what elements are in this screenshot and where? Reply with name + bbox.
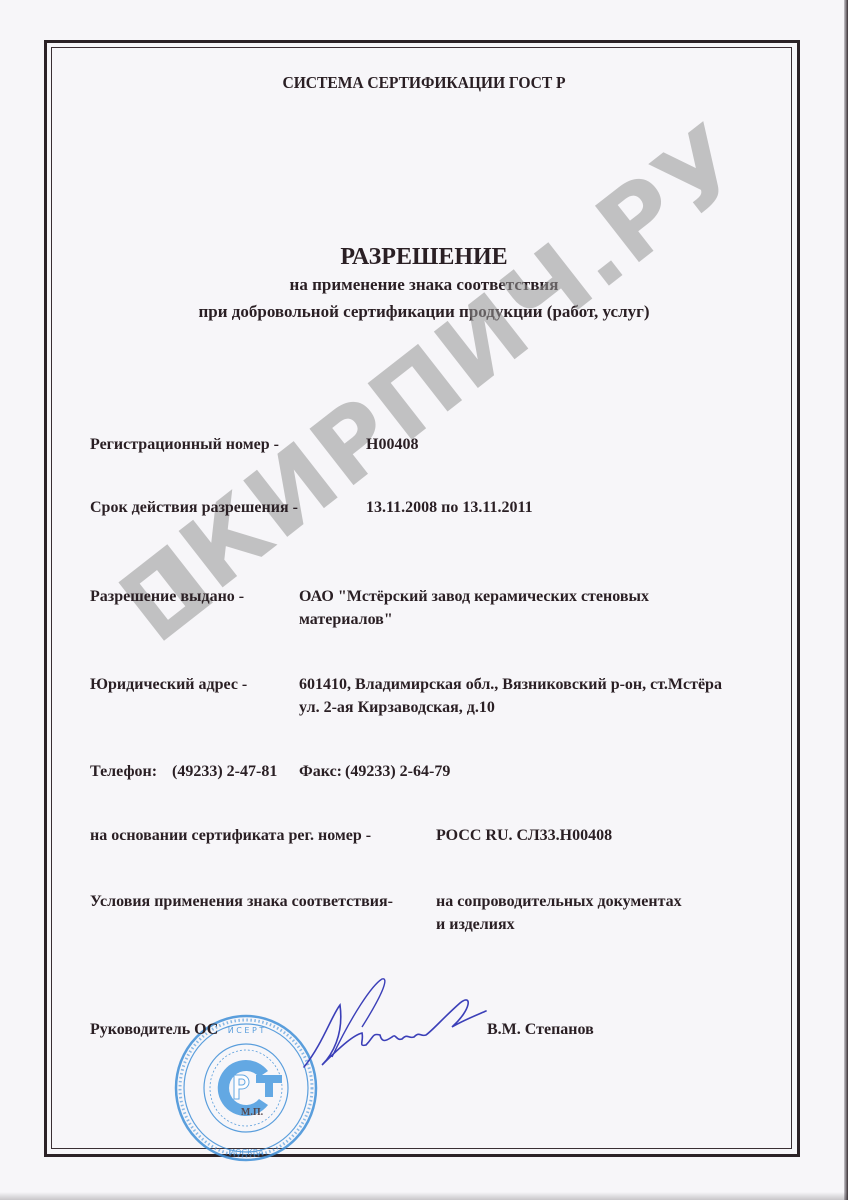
signatory-role: Руководитель ОС — [90, 1020, 218, 1040]
issued-to-value-line2: материалов" — [299, 610, 393, 630]
document-title: РАЗРЕШЕНИЕ — [0, 243, 848, 271]
legal-address-value-line2: ул. 2-ая Кирзаводская, д.10 — [299, 698, 495, 718]
validity-label: Срок действия разрешения - — [90, 498, 298, 518]
certification-system-header: СИСТЕМА СЕРТИФИКАЦИИ ГОСТ Р — [34, 73, 814, 93]
reg-number-label: Регистрационный номер - — [90, 435, 279, 455]
conditions-label: Условия применения знака соответствия- — [90, 892, 393, 912]
svg-text:И С Е Р Т: И С Е Р Т — [228, 1026, 265, 1035]
phone-value: (49233) 2-47-81 — [172, 762, 277, 782]
fax-label: Факс: — [299, 762, 342, 782]
certificate-label: на основании сертификата рег. номер - — [90, 826, 371, 846]
phone-label: Телефон: — [90, 762, 157, 782]
issued-to-value-line1: ОАО "Мстёрский завод керамических стенов… — [299, 587, 649, 607]
legal-address-label: Юридический адрес - — [90, 675, 247, 695]
fax-value: (49233) 2-64-79 — [345, 762, 450, 782]
conditions-value-line2: и изделиях — [436, 915, 515, 935]
page-bottom-shadow — [0, 1192, 848, 1200]
signatory-name: В.М. Степанов — [487, 1020, 594, 1040]
document-subtitle-line2: при добровольной сертификации продукции … — [0, 302, 848, 322]
legal-address-value-line1: 601410, Владимирская обл., Вязниковский … — [299, 675, 722, 695]
certificate-value: РОСС RU. СЛ33.Н00408 — [436, 826, 612, 846]
conditions-value-line1: на сопроводительных документах — [436, 892, 682, 912]
handwritten-signature — [292, 975, 492, 1075]
issued-to-label: Разрешение выдано - — [90, 587, 244, 607]
stamp-mark: М.П. — [241, 1107, 264, 1118]
document-subtitle-line1: на применение знака соответствия — [0, 275, 848, 295]
reg-number-value: Н00408 — [366, 435, 418, 455]
validity-value: 13.11.2008 по 13.11.2011 — [366, 498, 533, 518]
page-edge-shadow — [844, 0, 848, 1200]
svg-text:МОСКВА: МОСКВА — [228, 1148, 264, 1157]
